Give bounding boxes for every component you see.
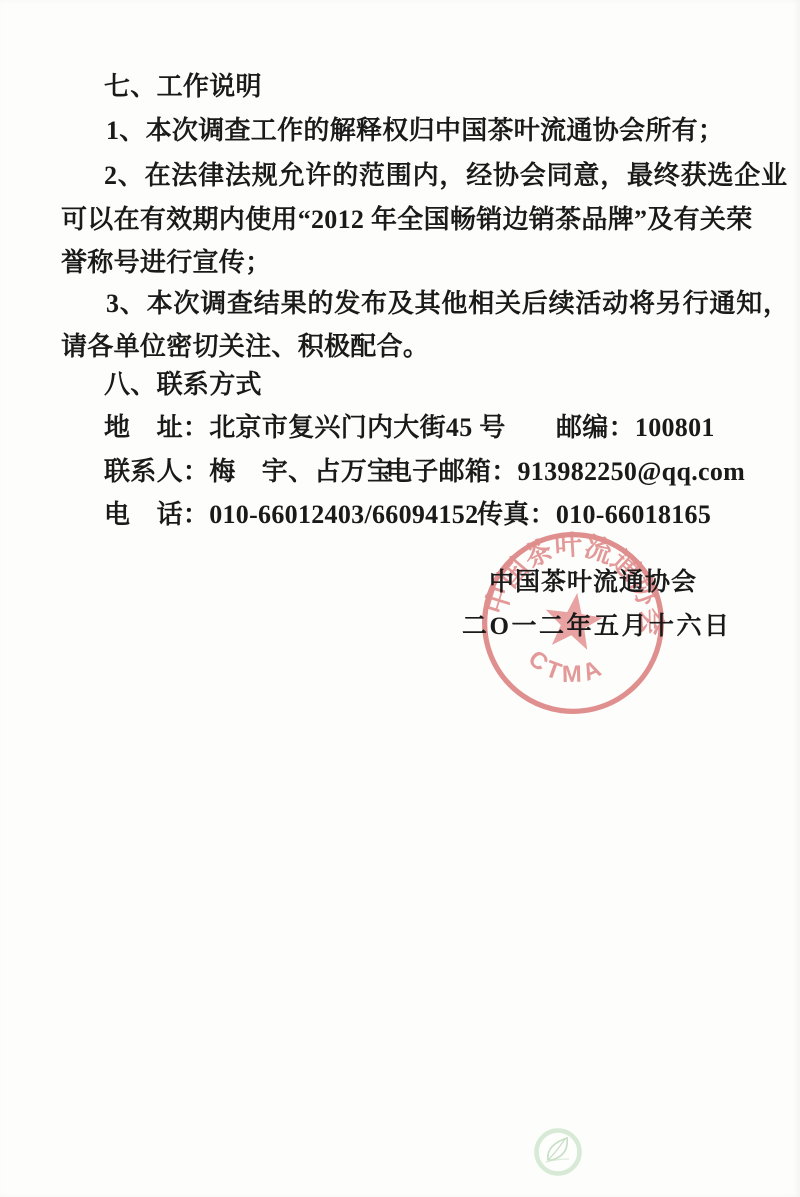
contact-phone: 电 话：010-66012403/66094152 [104,500,478,530]
watermark-inner [542,1136,574,1168]
contact-fax: 传真：010-66018165 [477,500,711,530]
scanned-document-page: 中国茶叶流通协会 CTMA 七、工作说明 1、本次调查工作的解释权归中国茶叶流通… [0,0,800,1197]
section7-item1: 1、本次调查工作的解释权归中国茶叶流通协会所有； [106,116,724,146]
seal-acronym-text: CTMA [521,643,613,694]
contact-person: 联系人：梅 宇、占万宝 [104,457,393,487]
contact-email: 电子邮箱：913982250@qq.com [386,457,745,487]
section7-item3-line2: 请各单位密切关注、积极配合。 [61,332,429,362]
leaf-watermark-icon [531,1125,585,1179]
section7-item3-line1: 3、本次调查结果的发布及其他相关后续活动将另行通知， [106,289,790,319]
section7-item2-line1: 2、在法律法规允许的范围内，经协会同意，最终获选企业 [104,161,788,191]
contact-address: 地 址：北京市复兴门内大街45 号 [104,413,506,443]
section7-item2-line3: 誉称号进行宣传； [61,248,271,278]
contact-postcode: 邮编：100801 [556,413,715,443]
signature-organization: 中国茶叶流通协会 [489,568,697,598]
section7-heading: 七、工作说明 [104,72,262,102]
section8-heading: 八、联系方式 [104,370,262,400]
signature-date: 二O一二年五月十六日 [462,612,731,642]
section7-item2-line2: 可以在有效期内使用“2012 年全国畅销边销茶品牌”及有关荣 [61,205,753,235]
